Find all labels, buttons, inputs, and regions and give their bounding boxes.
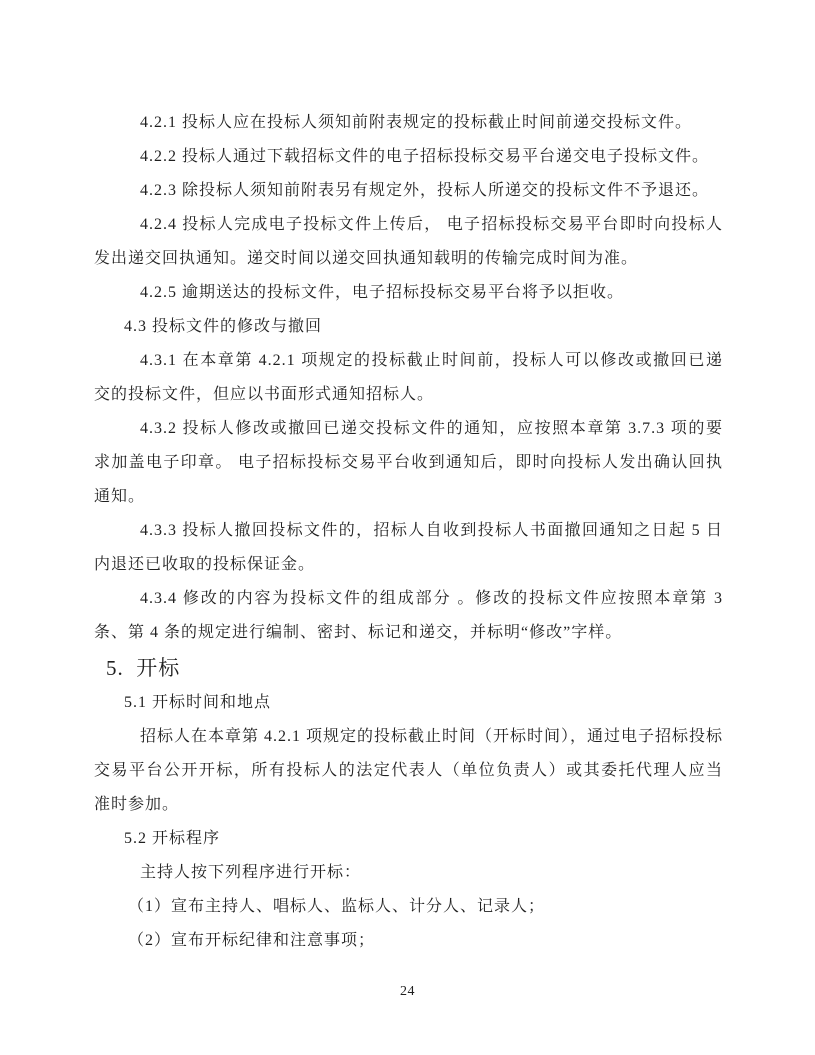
clause-4-3-1: 4.3.1 在本章第 4.2.1 项规定的投标截止时间前，投标人可以修改或撤回已… bbox=[94, 344, 723, 412]
text-line: 发出递交回执通知。递交时间以递交回执通知载明的传输完成时间为准。 bbox=[94, 242, 723, 276]
clause-4-2-4: 4.2.4 投标人完成电子投标文件上传后， 电子招标投标交易平台即时向投标人 发… bbox=[94, 208, 723, 276]
text-line: 4.2.3 除投标人须知前附表另有规定外，投标人所递交的投标文件不予退还。 bbox=[94, 174, 723, 208]
text-line: 交易平台公开开标，所有投标人的法定代表人（单位负责人）或其委托代理人应当 bbox=[94, 754, 723, 788]
text-line: 4.3.3 投标人撤回投标文件的，招标人自收到投标人书面撤回通知之日起 5 日 bbox=[94, 514, 723, 548]
text-line: 4.3 投标文件的修改与撤回 bbox=[94, 310, 723, 344]
text-line: 交的投标文件，但应以书面形式通知招标人。 bbox=[94, 378, 723, 412]
clause-4-3-4: 4.3.4 修改的内容为投标文件的组成部分 。修改的投标文件应按照本章第 3 条… bbox=[94, 582, 723, 650]
clause-4-3-3: 4.3.3 投标人撤回投标文件的，招标人自收到投标人书面撤回通知之日起 5 日 … bbox=[94, 514, 723, 582]
chapter-heading-5: 5. 开标 bbox=[94, 650, 723, 686]
text-line: （1）宣布主持人、唱标人、监标人、计分人、记录人； bbox=[94, 890, 723, 924]
section-heading-4-3: 4.3 投标文件的修改与撤回 bbox=[94, 310, 723, 344]
text-line: 4.2.4 投标人完成电子投标文件上传后， 电子招标投标交易平台即时向投标人 bbox=[94, 208, 723, 242]
text-line: 通知。 bbox=[94, 480, 723, 514]
text-line: 5.2 开标程序 bbox=[94, 822, 723, 856]
enum-item-2: （2）宣布开标纪律和注意事项； bbox=[94, 924, 723, 958]
clause-4-2-1: 4.2.1 投标人应在投标人须知前附表规定的投标截止时间前递交投标文件。 bbox=[94, 106, 723, 140]
document-page: 4.2.1 投标人应在投标人须知前附表规定的投标截止时间前递交投标文件。 4.2… bbox=[0, 0, 815, 1055]
clause-4-2-5: 4.2.5 逾期送达的投标文件，电子招标投标交易平台将予以拒收。 bbox=[94, 276, 723, 310]
text-line: 招标人在本章第 4.2.1 项规定的投标截止时间（开标时间），通过电子招标投标 bbox=[94, 720, 723, 754]
document-content: 4.2.1 投标人应在投标人须知前附表规定的投标截止时间前递交投标文件。 4.2… bbox=[94, 106, 723, 958]
text-line: 4.2.2 投标人通过下载招标文件的电子招标投标交易平台递交电子投标文件。 bbox=[94, 140, 723, 174]
text-line: 准时参加。 bbox=[94, 788, 723, 822]
section-heading-5-1: 5.1 开标时间和地点 bbox=[94, 686, 723, 720]
clause-4-3-2: 4.3.2 投标人修改或撤回已递交投标文件的通知，应按照本章第 3.7.3 项的… bbox=[94, 412, 723, 514]
text-line: 4.3.1 在本章第 4.2.1 项规定的投标截止时间前，投标人可以修改或撤回已… bbox=[94, 344, 723, 378]
text-line: 4.3.2 投标人修改或撤回已递交投标文件的通知，应按照本章第 3.7.3 项的… bbox=[94, 412, 723, 446]
text-line: 4.3.4 修改的内容为投标文件的组成部分 。修改的投标文件应按照本章第 3 bbox=[94, 582, 723, 616]
text-line: 4.2.1 投标人应在投标人须知前附表规定的投标截止时间前递交投标文件。 bbox=[94, 106, 723, 140]
clause-4-2-3: 4.2.3 除投标人须知前附表另有规定外，投标人所递交的投标文件不予退还。 bbox=[94, 174, 723, 208]
text-line: 主持人按下列程序进行开标： bbox=[94, 856, 723, 890]
clause-5-1-body: 招标人在本章第 4.2.1 项规定的投标截止时间（开标时间），通过电子招标投标 … bbox=[94, 720, 723, 822]
text-line: 5. 开标 bbox=[94, 650, 723, 686]
page-number: 24 bbox=[0, 984, 815, 1000]
clause-5-2-intro: 主持人按下列程序进行开标： bbox=[94, 856, 723, 890]
text-line: 内退还已收取的投标保证金。 bbox=[94, 548, 723, 582]
text-line: 求加盖电子印章。 电子招标投标交易平台收到通知后，即时向投标人发出确认回执 bbox=[94, 446, 723, 480]
clause-4-2-2: 4.2.2 投标人通过下载招标文件的电子招标投标交易平台递交电子投标文件。 bbox=[94, 140, 723, 174]
text-line: 5.1 开标时间和地点 bbox=[94, 686, 723, 720]
section-heading-5-2: 5.2 开标程序 bbox=[94, 822, 723, 856]
text-line: （2）宣布开标纪律和注意事项； bbox=[94, 924, 723, 958]
enum-item-1: （1）宣布主持人、唱标人、监标人、计分人、记录人； bbox=[94, 890, 723, 924]
text-line: 4.2.5 逾期送达的投标文件，电子招标投标交易平台将予以拒收。 bbox=[94, 276, 723, 310]
text-line: 条、第 4 条的规定进行编制、密封、标记和递交，并标明“修改”字样。 bbox=[94, 616, 723, 650]
